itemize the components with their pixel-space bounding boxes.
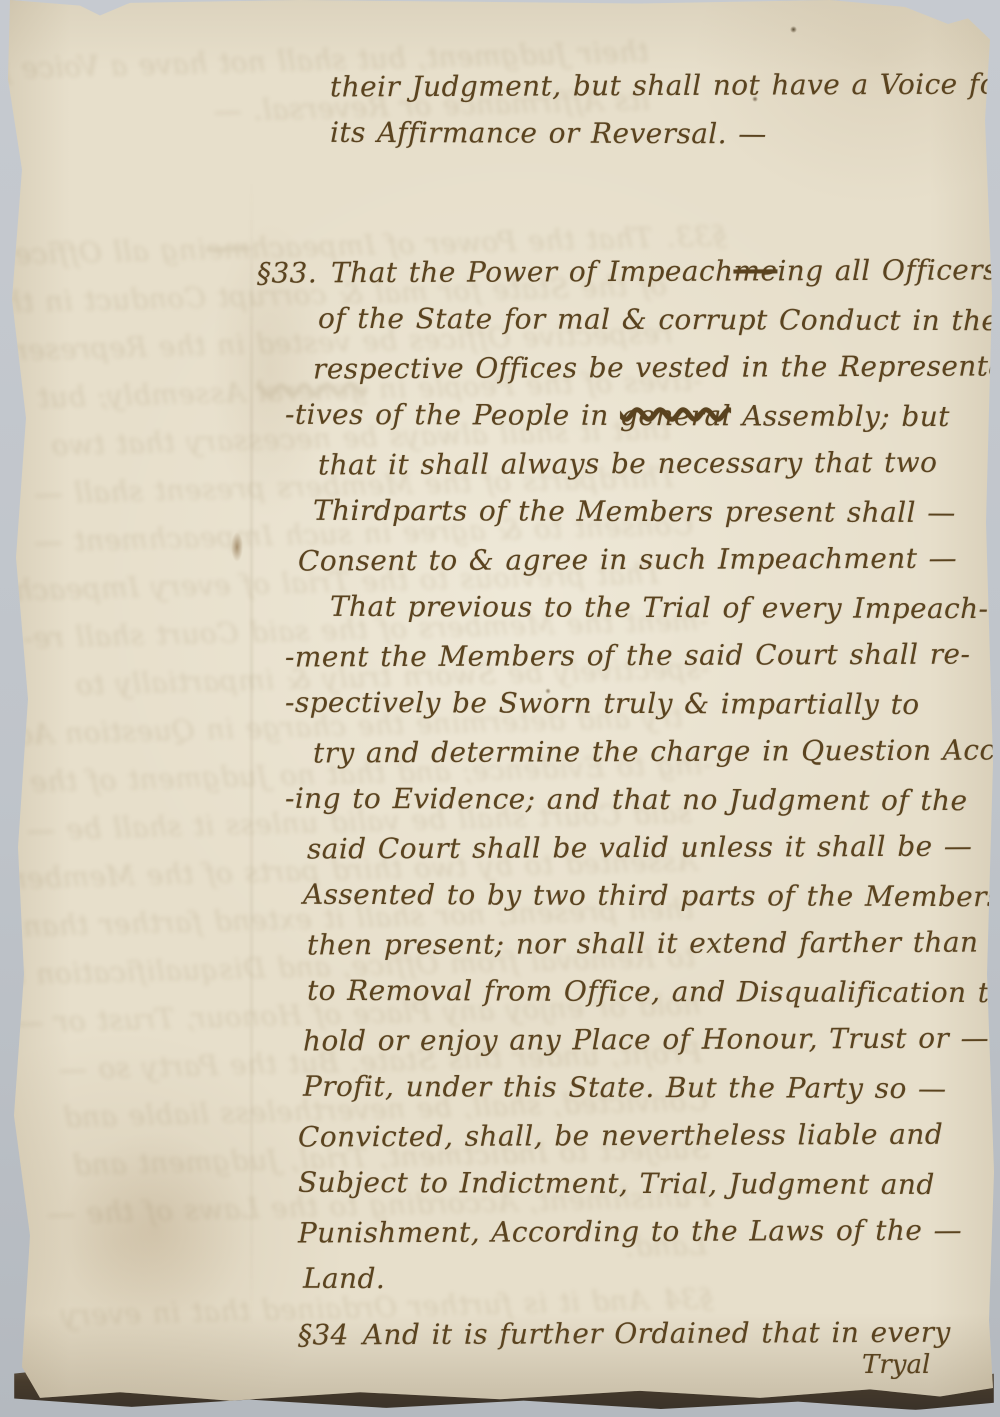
section-33-marker: §33. <box>257 256 317 289</box>
struck-out-word: general <box>620 399 731 432</box>
manuscript-line: Consent to & agree in such Impeachment — <box>298 535 985 586</box>
line-text: -tives of the People in <box>285 398 620 432</box>
manuscript-line: its Affirmance or Reversal. — <box>330 109 985 159</box>
manuscript-line: §33.That the Power of Impeachmeing all O… <box>257 246 985 297</box>
ink-speck <box>790 26 797 33</box>
manuscript-line: of the State for mal & corrupt Conduct i… <box>318 295 985 345</box>
manuscript-line: Land. <box>303 1255 985 1305</box>
struck-out-letters: me <box>733 254 777 287</box>
scanned-manuscript-page: their Judgment, but shall not have a Voi… <box>0 0 1000 1417</box>
manuscript-line: Subject to Indictment, Trial, Judgment a… <box>298 1159 985 1209</box>
manuscript-line: Convicted, shall, be nevertheless liable… <box>298 1111 985 1162</box>
manuscript-line: -spectively be Sworn truly & impartially… <box>285 679 985 729</box>
manuscript-line: -tives of the People in general Assembly… <box>285 391 985 441</box>
line-text: And it is further Ordained that in every <box>363 1316 951 1352</box>
section-34-marker: §34 <box>298 1318 349 1351</box>
manuscript-line: their Judgment, but shall not have a Voi… <box>330 61 985 112</box>
line-text: That the Power of Impeach <box>331 255 733 290</box>
manuscript-line: hold or enjoy any Place of Honour, Trust… <box>303 1015 985 1066</box>
manuscript-line: respective Offices be vested in the Repr… <box>313 343 985 394</box>
manuscript-text: their Judgment, but shall not have a Voi… <box>285 62 985 1358</box>
manuscript-line: That previous to the Trial of every Impe… <box>330 583 985 633</box>
manuscript-line: to Removal from Office, and Disqualifica… <box>307 967 985 1017</box>
manuscript-line: -ing to Evidence; and that no Judgment o… <box>285 775 985 825</box>
manuscript-line: Thirdparts of the Members present shall … <box>313 487 985 537</box>
catchword: Tryal <box>862 1350 930 1380</box>
manuscript-line: said Court shall be valid unless it shal… <box>307 823 985 874</box>
line-text: ing all Officers <box>777 253 998 287</box>
manuscript-line: Punishment, According to the Laws of the… <box>298 1207 985 1258</box>
manuscript-line: that it shall always be necessary that t… <box>318 439 985 490</box>
manuscript-line: Assented to by two third parts of the Me… <box>303 871 985 921</box>
manuscript-line: -ment the Members of the said Court shal… <box>285 630 985 681</box>
manuscript-line: try and determine the charge in Question… <box>313 727 985 778</box>
manuscript-line: then present; nor shall it extend farthe… <box>307 919 985 970</box>
line-text: Assembly; but <box>731 399 950 433</box>
manuscript-line: Profit, under this State. But the Party … <box>303 1063 985 1113</box>
paper: their Judgment, but shall not have a Voi… <box>0 0 1000 1412</box>
